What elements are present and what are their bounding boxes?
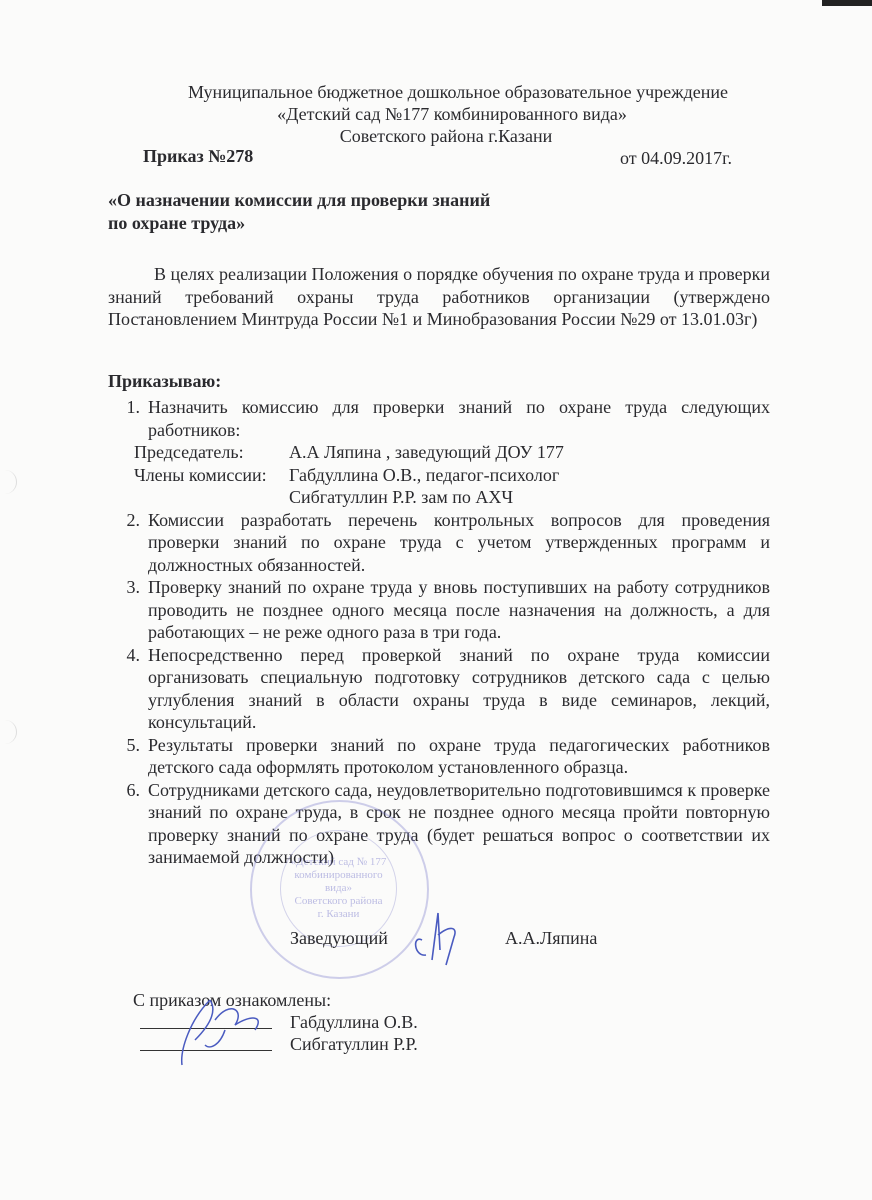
item-number: 1. [108, 396, 148, 441]
member-2: Сибгатуллин Р.Р. зам по АХЧ [289, 486, 513, 509]
item-text: Результаты проверки знаний по охране тру… [148, 734, 770, 779]
signatory-name: А.А.Ляпина [505, 928, 597, 949]
item-text: Непосредственно перед проверкой знаний п… [148, 644, 770, 734]
commission-members: Члены комиссии: Габдуллина О.В., педагог… [108, 464, 770, 487]
list-item: 2. Комиссии разработать перечень контрол… [108, 509, 770, 577]
members-label: Члены комиссии: [134, 464, 289, 487]
list-item: 5. Результаты проверки знаний по охране … [108, 734, 770, 779]
item-text: Проверку знаний по охране труда у вновь … [148, 576, 770, 644]
order-date: от 04.09.2017г. [620, 148, 732, 169]
punch-hole-mark [0, 720, 17, 744]
document-page: Муниципальное бюджетное дошкольное образ… [0, 0, 872, 1200]
item-number: 2. [108, 509, 148, 577]
title-line-1: «О назначении комиссии для проверки знан… [108, 189, 490, 212]
org-name-line-2: «Детский сад №177 комбинированного вида» [16, 103, 872, 125]
list-item: 4. Непосредственно перед проверкой знани… [108, 644, 770, 734]
commission-members-cont: Сибгатуллин Р.Р. зам по АХЧ [108, 486, 770, 509]
item-text: Комиссии разработать перечень контрольны… [148, 509, 770, 577]
chair-value: А.А Ляпина , заведующий ДОУ 177 [289, 441, 564, 464]
scan-corner-mark [822, 0, 872, 6]
ack-name-1: Габдуллина О.В. [290, 1012, 418, 1033]
commission-chair: Председатель: А.А Ляпина , заведующий ДО… [108, 441, 770, 464]
item-number: 4. [108, 644, 148, 734]
punch-hole-mark [0, 470, 17, 494]
item-number: 6. [108, 779, 148, 869]
ack-name-2: Сибгатуллин Р.Р. [290, 1034, 418, 1055]
preamble: В целях реализации Положения о порядке о… [108, 263, 770, 331]
list-item: 6. Сотрудниками детского сада, неудовлет… [108, 779, 770, 869]
title-line-2: по охране труда» [108, 212, 490, 235]
order-number: Приказ №278 [143, 146, 253, 167]
list-item: 1. Назначить комиссию для проверки знани… [108, 396, 770, 441]
org-name-line-3: Советского района г.Казани [10, 125, 872, 147]
director-signature-icon [410, 905, 470, 970]
item-text: Назначить комиссию для проверки знаний п… [148, 396, 770, 441]
order-heading: Приказываю: [108, 371, 221, 392]
member-1: Габдуллина О.В., педагог-психолог [289, 464, 559, 487]
employee-signature-icon [170, 990, 280, 1070]
list-item: 3. Проверку знаний по охране труда у вно… [108, 576, 770, 644]
official-stamp: «Детский сад № 177 комбинированного вида… [250, 800, 429, 979]
preamble-text: В целях реализации Положения о порядке о… [108, 263, 770, 331]
signatory-title: Заведующий [290, 928, 388, 949]
item-number: 3. [108, 576, 148, 644]
item-number: 5. [108, 734, 148, 779]
order-items-list: 1. Назначить комиссию для проверки знани… [108, 396, 770, 869]
item-text: Сотрудниками детского сада, неудовлетвор… [148, 779, 770, 869]
org-name-line-1: Муниципальное бюджетное дошкольное образ… [22, 81, 872, 103]
document-title: «О назначении комиссии для проверки знан… [108, 189, 490, 235]
chair-label: Председатель: [134, 441, 289, 464]
